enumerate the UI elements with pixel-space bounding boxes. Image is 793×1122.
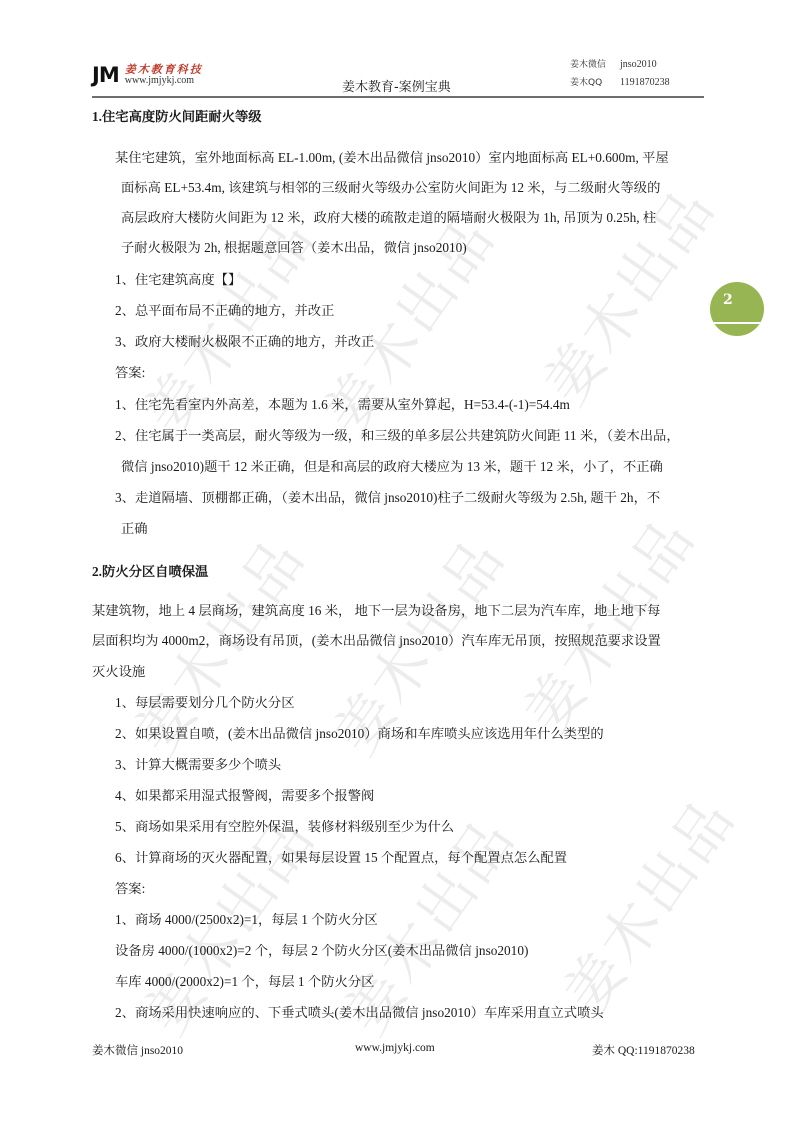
header-divider	[92, 96, 704, 98]
logo-mark: JM	[92, 65, 119, 86]
page-number-badge: 2	[710, 282, 770, 334]
paragraph-line: 某建筑物，地上 4 层商场，建筑高度 16 米， 地下一层为设备房，地下二层为汽…	[92, 600, 660, 619]
question-item: 1、每层需要划分几个防火分区	[115, 692, 295, 711]
question-item: 2、如果设置自喷，(姜木出品微信 jnso2010）商场和车库喷头应该选用年什么…	[115, 723, 604, 742]
watermark: 姜木出品	[500, 497, 711, 748]
question-item: 3、政府大楼耐火极限不正确的地方，并改正	[115, 331, 374, 350]
logo: JM 姜木教育科技 www.jmjykj.com	[92, 64, 203, 86]
contact-wechat: 姜木微信jnso2010	[570, 56, 670, 74]
question-item: 3、计算大概需要多少个喷头	[115, 754, 281, 773]
watermark: 姜木出品	[520, 167, 731, 418]
paragraph-line: 子耐火极限为 2h, 根据题意回答（姜木出品，微信 jnso2010)	[121, 237, 467, 256]
answer-item: 设备房 4000/(1000x2)=2 个，每层 2 个防火分区(姜木出品微信 …	[115, 940, 528, 959]
page-header: JM 姜木教育科技 www.jmjykj.com 姜木教育-案例宝典 姜木微信j…	[92, 56, 702, 94]
watermark: 姜木出品	[540, 777, 751, 1028]
answer-item: 正确	[121, 518, 148, 537]
paragraph-line: 某住宅建筑，室外地面标高 EL-1.00m, (姜木出品微信 jnso2010）…	[115, 147, 669, 166]
paragraph-line: 面标高 EL+53.4m, 该建筑与相邻的三级耐火等级办公室防火间距为 12 米…	[121, 177, 660, 196]
answer-item: 1、住宅先看室内外高差，本题为 1.6 米，需要从室外算起，H=53.4-(-1…	[115, 394, 570, 413]
answer-item: 1、商场 4000/(2500x2)=1，每层 1 个防火分区	[115, 909, 378, 928]
answer-item: 车库 4000/(2000x2)=1 个，每层 1 个防火分区	[115, 971, 374, 990]
footer-qq: 姜木 QQ:1191870238	[592, 1042, 695, 1058]
answer-item: 微信 jnso2010)题干 12 米正确，但是和高层的政府大楼应为 13 米，…	[121, 456, 663, 475]
question-item: 2、总平面布局不正确的地方，并改正	[115, 300, 334, 319]
logo-name: 姜木教育科技	[125, 64, 203, 75]
footer-wechat: 姜木微信 jnso2010	[92, 1042, 183, 1058]
logo-url: www.jmjykj.com	[125, 76, 203, 86]
header-contacts: 姜木微信jnso2010 姜木QQ1191870238	[570, 56, 670, 92]
page-number: 2	[723, 292, 733, 308]
answer-item: 2、商场采用快速响应的、下垂式喷头(姜木出品微信 jnso2010）车库采用直立…	[115, 1002, 604, 1021]
question-item: 6、计算商场的灭火器配置，如果每层设置 15 个配置点，每个配置点怎么配置	[115, 847, 567, 866]
question-item: 5、商场如果采用有空腔外保温，装修材料级别至少为什么	[115, 816, 454, 835]
answer-label: 答案:	[115, 362, 145, 381]
section-heading: 1.住宅高度防火间距耐火等级	[92, 106, 262, 125]
contact-qq: 姜木QQ1191870238	[570, 74, 670, 92]
paragraph-line: 层面积均为 4000m2，商场设有吊顶，(姜木出品微信 jnso2010）汽车库…	[92, 630, 661, 649]
answer-item: 2、住宅属于一类高层，耐火等级为一级，和三级的单多层公共建筑防火间距 11 米，…	[115, 425, 680, 444]
section-heading: 2.防火分区自喷保温	[92, 561, 208, 580]
paragraph-line: 高层政府大楼防火间距为 12 米，政府大楼的疏散走道的隔墙耐火极限为 1h, 吊…	[121, 207, 656, 226]
answer-label: 答案:	[115, 878, 145, 897]
paragraph-line: 灭火设施	[92, 661, 145, 680]
page-footer: 姜木微信 jnso2010 www.jmjykj.com 姜木 QQ:11918…	[92, 1042, 712, 1062]
question-item: 1、住宅建筑高度【】	[115, 269, 241, 288]
question-item: 4、如果都采用湿式报警阀，需要多个报警阀	[115, 785, 374, 804]
document-title: 姜木教育-案例宝典	[342, 76, 451, 95]
answer-item: 3、走道隔墙、顶棚都正确，（姜木出品，微信 jnso2010)柱子二级耐火等级为…	[115, 487, 660, 506]
footer-website: www.jmjykj.com	[355, 1042, 435, 1054]
